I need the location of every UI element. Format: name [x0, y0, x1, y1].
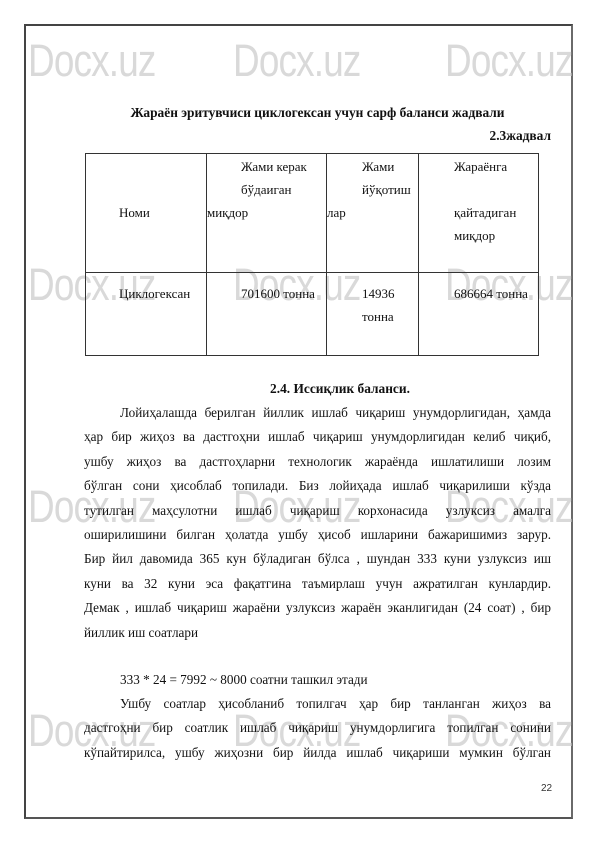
document-page: Жараён эритувчиси циклогексан учун сарф …: [0, 0, 595, 842]
table-title: Жараён эритувчиси циклогексан учун сарф …: [84, 104, 551, 122]
header-text: лар: [327, 201, 346, 224]
table-row: Циклогексан 701600 тонна 14936 тонна 686…: [86, 273, 539, 356]
paragraph-equipment: Ушбу соатлар ҳисобланиб топилгач ҳар бир…: [84, 692, 551, 765]
header-text: қайтадиган: [454, 201, 516, 224]
annual-hours-formula: 333 * 24 = 7992 ~ 8000 соатни ташкил эта…: [120, 670, 368, 690]
consumption-balance-table: Номи Жами керак бўдаиган миқдор Жами йўқ…: [85, 153, 539, 356]
paragraph-line: Демак , ишлаб чиқариш жараёни узлуксиз ж…: [84, 596, 551, 620]
cell-text: Циклогексан: [119, 282, 190, 305]
header-cell-returned: Жараёнга қайтадиган миқдор: [419, 154, 539, 273]
paragraph-line: Лойиҳалашда берилган йиллик ишлаб чиқари…: [84, 401, 551, 425]
header-text: бўдаиган: [241, 178, 292, 201]
header-text: Жараёнга: [454, 155, 507, 178]
cell-required: 701600 тонна: [207, 273, 327, 356]
paragraph-line: ҳар бир жиҳоз ва дастгоҳни ишлаб чиқариш…: [84, 425, 551, 449]
page-number: 22: [541, 783, 552, 794]
header-cell-losses: Жами йўқотиш лар: [327, 154, 419, 273]
header-text: йўқотиш: [362, 178, 411, 201]
cell-losses: 14936 тонна: [327, 273, 419, 356]
table-number-label: 2.3жадвал: [490, 127, 551, 145]
paragraph-line: бўлган сони ҳисоблаб топилади. Биз лойиҳ…: [84, 474, 551, 498]
cell-text: тонна: [362, 305, 394, 328]
paragraph-line: дастгоҳни бир соатлик ишлаб чиқариш унум…: [84, 716, 551, 740]
paragraph-heat-balance: Лойиҳалашда берилган йиллик ишлаб чиқари…: [84, 401, 551, 645]
cell-text: 701600 тонна: [241, 282, 315, 305]
header-cell-name: Номи: [86, 154, 207, 273]
paragraph-line: ушбу жиҳоз ва дастгоҳларни технологик жа…: [84, 450, 551, 474]
cell-returned: 686664 тонна: [419, 273, 539, 356]
header-text: Номи: [119, 201, 150, 224]
paragraph-line: кўпайтирилса, ушбу жиҳозни бир йилда ишл…: [84, 741, 551, 765]
paragraph-line: Бир йил давомида 365 кун бўладиган бўлса…: [84, 547, 551, 571]
header-text: миқдор: [207, 201, 248, 224]
section-heading: 2.4. Иссиқлик баланси.: [84, 380, 595, 398]
header-text: Жами керак: [241, 155, 307, 178]
cell-text: 14936: [362, 282, 395, 305]
header-cell-required: Жами керак бўдаиган миқдор: [207, 154, 327, 273]
cell-text: 686664 тонна: [454, 282, 528, 305]
table-header-row: Номи Жами керак бўдаиган миқдор Жами йўқ…: [86, 154, 539, 273]
header-text: миқдор: [454, 224, 495, 247]
paragraph-line: йиллик иш соатлари: [84, 621, 551, 645]
header-text: Жами: [362, 155, 394, 178]
paragraph-line: Ушбу соатлар ҳисобланиб топилгач ҳар бир…: [84, 692, 551, 716]
cell-name: Циклогексан: [86, 273, 207, 356]
paragraph-line: оширилишини билган ҳолатда ушбу ҳисоб иш…: [84, 523, 551, 547]
paragraph-line: куни ва 32 куни эса фақатгина таъмирлаш …: [84, 572, 551, 596]
paragraph-line: тутилган маҳсулотни ишлаб чиқариш корхон…: [84, 499, 551, 523]
